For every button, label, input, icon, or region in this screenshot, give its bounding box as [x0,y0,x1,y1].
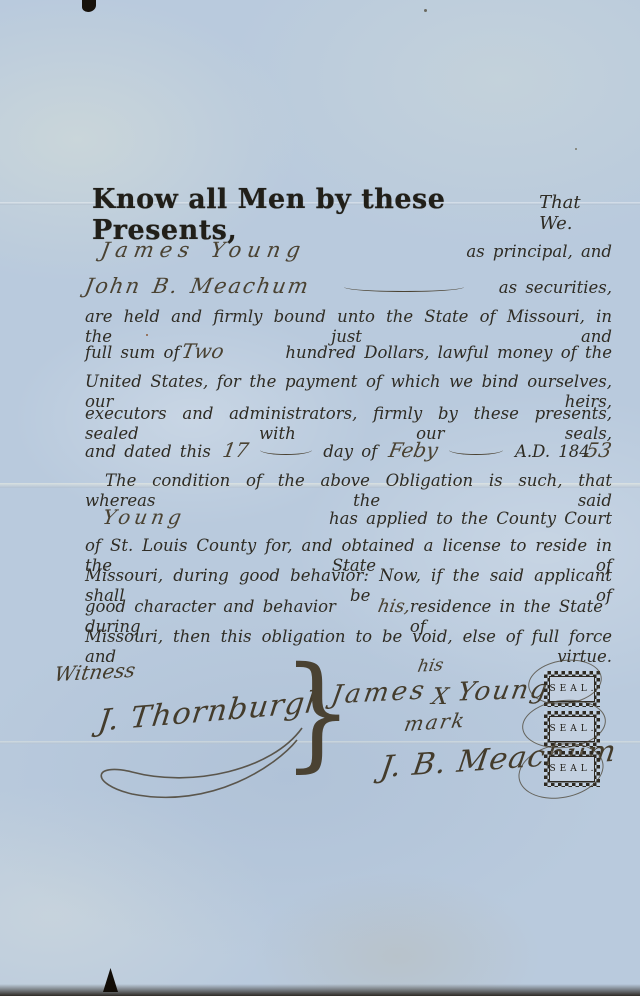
body-line-2-post: hundred Dollars, lawful money of the [285,343,612,363]
security-name-handwritten: John B. Meachum [83,274,312,299]
dated-ad: A.D. 184 [515,442,590,462]
principal-signature-first: James [329,676,429,711]
document-page: Know all Men by these Presents, That We.… [0,0,640,996]
body-line-2-pre: full sum of [85,343,180,363]
signature-flourish [62,710,312,810]
brace-glyph: } [282,642,353,785]
mark-label: mark [402,708,468,736]
x-mark: X [430,684,450,710]
sum-handwritten: Two [179,339,225,363]
heading-blackletter: Know all Men by these Presents, [92,184,539,246]
paper-mark-bottom [103,968,118,992]
applicant-line: Young has applied to the County Court [85,505,612,529]
paper-mark-top-left [82,0,96,12]
his-mark-label: his [416,655,445,677]
principal-name-handwritten: James Young [99,238,308,263]
paper-speck-1 [424,9,427,12]
dated-line: and dated this 17 day of Feby A.D. 184 5… [85,438,612,462]
body-line-2: full sum of Two hundred Dollars, lawful … [85,339,612,363]
month-handwritten: Feby [387,438,440,462]
dated-mid: day of [323,442,377,462]
security-label: as securities, [499,278,612,298]
heading-that-we: That We. [539,192,610,234]
witness-label: Witness [53,658,138,686]
principal-line: James Young as principal, and [85,238,612,263]
flourish-after-day [260,445,312,455]
document-heading: Know all Men by these Presents, That We. [92,184,610,246]
flourish-after-month [449,445,503,455]
dated-pre: and dated this [85,442,211,462]
applicant-name-handwritten: Young [101,505,187,529]
year-handwritten: 53 [584,438,614,462]
applicant-line-post: has applied to the County Court [329,509,612,529]
bottom-shadow-edge [0,984,640,996]
paper-speck-2 [575,148,577,150]
security-line: John B. Meachum as securities, [85,274,612,299]
day-handwritten: 17 [220,438,250,462]
his-handwritten: his, [376,596,412,618]
principal-label: as principal, and [466,242,612,262]
flourish-after-security [344,282,464,292]
